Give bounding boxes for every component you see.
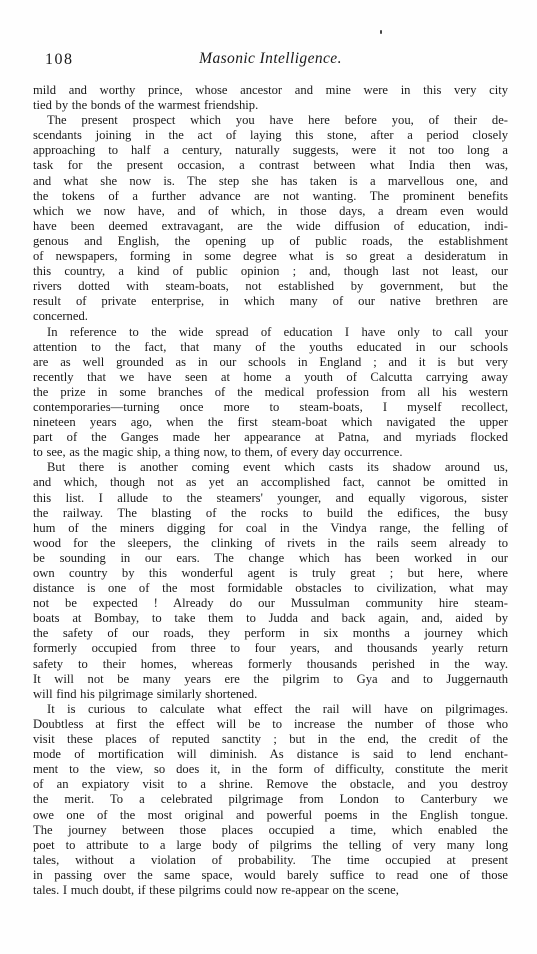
text-line: safety to their homes, whereas formerly … [33, 657, 508, 672]
text-line: poet to attribute to a large body of pil… [33, 838, 508, 853]
text-line: task for the present occasion, a contras… [33, 158, 508, 173]
text-line: are as well grounded as in our schools i… [33, 355, 508, 370]
text-line: hum of the miners digging for coal in th… [33, 521, 508, 536]
text-line: approaching to half a century, naturally… [33, 143, 508, 158]
text-line: nineteen years ago, when the first steam… [33, 415, 508, 430]
text-line: recently that we have seen at home a you… [33, 370, 508, 385]
text-line: to see, as the magic ship, a thing now, … [33, 445, 508, 460]
text-line: the merit. To a celebrated pilgrimage fr… [33, 792, 508, 807]
text-line: owe one of the most original and powerfu… [33, 808, 508, 823]
text-line: visit these places of reputed sanctity ;… [33, 732, 508, 747]
text-line: mode of mortification will diminish. As … [33, 747, 508, 762]
text-line: result of private enterprise, in which m… [33, 294, 508, 309]
paragraph: mild and worthy prince, whose ancestor a… [33, 83, 508, 113]
text-line: concerned. [33, 309, 508, 324]
text-line: of newspapers, forming in some degree wh… [33, 249, 508, 264]
text-line: It is curious to calculate what effect t… [33, 702, 508, 717]
text-line: distance is one of the most formidable o… [33, 581, 508, 596]
text-line: this list. I allude to the steamers' you… [33, 491, 508, 506]
text-line: tales. I much doubt, if these pilgrims c… [33, 883, 508, 898]
text-line: The journey between those places occupie… [33, 823, 508, 838]
text-line: the safety of our roads, they perform in… [33, 626, 508, 641]
text-line: It will not be many years ere the pilgri… [33, 672, 508, 687]
running-title: Masonic Intelligence. [33, 50, 508, 68]
text-line: the prize in some branches of the medica… [33, 385, 508, 400]
paragraph: It is curious to calculate what effect t… [33, 702, 508, 898]
text-line: the tokens of a further advance are not … [33, 189, 508, 204]
text-line: tales, without a violation of probabilit… [33, 853, 508, 868]
text-line: genous and English, the opening up of pu… [33, 234, 508, 249]
text-line: own country by this wonderful agent is t… [33, 566, 508, 581]
paragraph: But there is another coming event which … [33, 460, 508, 702]
scanned-page: 108 Masonic Intelligence. mild and worth… [0, 0, 537, 954]
text-line: part of the Ganges made her appearance a… [33, 430, 508, 445]
text-line: mild and worthy prince, whose ancestor a… [33, 83, 508, 98]
text-line: will find his pilgrimage similarly short… [33, 687, 508, 702]
text-line: Doubtless at first the effect will be to… [33, 717, 508, 732]
text-line: scendants joining in the act of laying t… [33, 128, 508, 143]
body-text: mild and worthy prince, whose ancestor a… [33, 83, 508, 898]
text-line: this country, a kind of public opinion ;… [33, 264, 508, 279]
text-line: ment to the view, so does it, in the for… [33, 762, 508, 777]
text-line: and what she now is. The step she has ta… [33, 174, 508, 189]
text-line: be sounding in our ears. The change whic… [33, 551, 508, 566]
paragraph: In reference to the wide spread of educa… [33, 325, 508, 461]
text-line: rivers dotted with steam-boats, not esta… [33, 279, 508, 294]
text-line: The present prospect which you have here… [33, 113, 508, 128]
text-line: But there is another coming event which … [33, 460, 508, 475]
text-line: contemporaries—turning once more to stea… [33, 400, 508, 415]
text-line: boats at Bombay, to take them to Judda a… [33, 611, 508, 626]
text-line: tied by the bonds of the warmest friends… [33, 98, 508, 113]
text-line: formerly occupied from three to four yea… [33, 641, 508, 656]
text-line: and which, though not as yet an accompli… [33, 475, 508, 490]
scan-speck [380, 30, 382, 34]
paragraph: The present prospect which you have here… [33, 113, 508, 324]
text-line: In reference to the wide spread of educa… [33, 325, 508, 340]
text-line: of an expiatory visit to a shrine. Remov… [33, 777, 508, 792]
text-line: which we now have, and of which, in thos… [33, 204, 508, 219]
text-line: not be expected ! Already do our Mussulm… [33, 596, 508, 611]
text-line: in passing over the same space, would ba… [33, 868, 508, 883]
text-line: attention to the fact, that many of the … [33, 340, 508, 355]
text-line: the railway. The blasting of the rocks t… [33, 506, 508, 521]
text-line: have been deemed extravagant, are the wi… [33, 219, 508, 234]
text-line: wood for the sleepers, the clinking of r… [33, 536, 508, 551]
